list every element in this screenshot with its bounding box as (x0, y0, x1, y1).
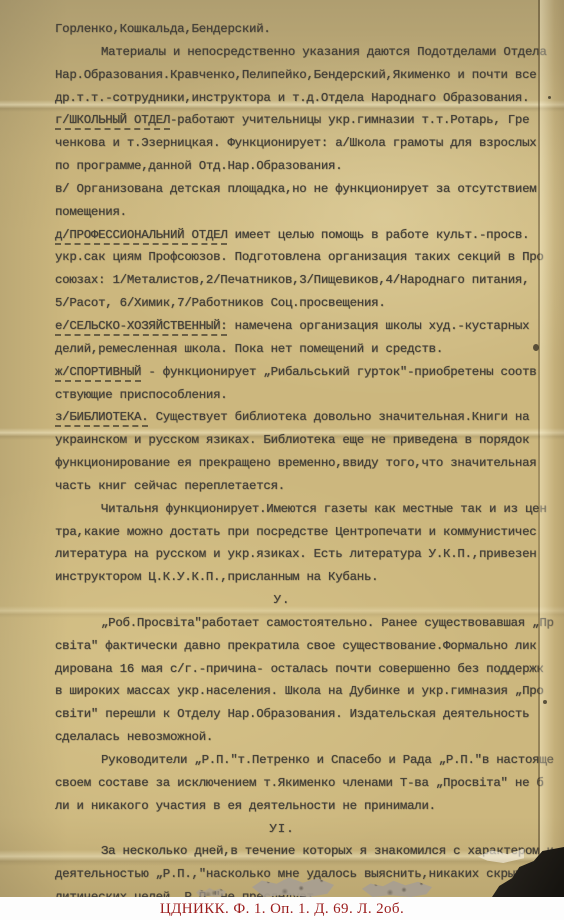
ink-speck (543, 700, 547, 704)
typewritten-line: Горленко,Кошкальда,Бендерский. (0, 18, 564, 41)
line-text: в/ Организована детская площадка,но не ф… (55, 182, 536, 196)
section-numeral: УІ. (0, 818, 564, 841)
line-text: намечена организация школы худ.-кустарны… (227, 319, 529, 333)
typewritten-line: дирована 16 мая с/г.-причина- осталась п… (0, 658, 564, 681)
line-text: часть книг сейчас переплетается. (55, 479, 285, 493)
line-text: світи" перешли к Отделу Нар.Образования.… (55, 707, 529, 721)
line-text: ли и никакого участия в ея деятельности … (55, 799, 436, 813)
archival-caption-strip: ЦДНИКК. Ф. 1. Оп. 1. Д. 69. Л. 2об. (0, 897, 564, 920)
line-text: дирована 16 мая с/г.-причина- осталась п… (55, 662, 544, 676)
line-text: У. (274, 593, 291, 607)
section-heading-underlined: г/ШКОЛЬНЫЙ ОТДЕЛ (55, 113, 170, 130)
typewritten-line: часть книг сейчас переплетается. (0, 475, 564, 498)
typewritten-line: д/ПРОФЕССИОНАЛЬНИЙ ОТДЕЛ имеет целью пом… (0, 224, 564, 247)
line-text: своем составе за исключением т.Якименко … (55, 776, 544, 790)
typewritten-line: ченкова и т.Эзерницкая. Функционирует: а… (0, 132, 564, 155)
typewritten-line: Читальня функционирует.Имеются газеты ка… (0, 498, 564, 521)
line-text: Нар.Образования.Кравченко,Пелипейко,Бенд… (55, 68, 536, 82)
typewritten-line: світи" перешли к Отделу Нар.Образования.… (0, 703, 564, 726)
line-text: „Роб.Просвіта"работает самостоятельно. Р… (101, 616, 554, 630)
line-text: украинском и русском язиках. Библиотека … (55, 433, 529, 447)
typewritten-line: За несколько дней,в течение которых я зн… (0, 840, 564, 863)
typewritten-line: инструктором Ц.К.У.К.П.,присланным на Ку… (0, 566, 564, 589)
line-text: тра,какие можно достать при посредстве Ц… (55, 525, 536, 539)
typewritten-line: тра,какие можно достать при посредстве Ц… (0, 521, 564, 544)
aged-paper-sheet: Горленко,Кошкальда,Бендерский.Материалы … (0, 0, 564, 897)
line-text: ченкова и т.Эзерницкая. Функционирует: а… (55, 136, 536, 150)
right-fold-strip (540, 0, 564, 897)
typewritten-line: Материалы и непосредственно указания даю… (0, 41, 564, 64)
line-text: укр.сак циям Профсоюзов. Подготовлена ор… (55, 250, 544, 264)
line-text: по программе,данной Отд.Нар.Образования. (55, 159, 342, 173)
section-heading-underlined: з/БИБЛИОТЕКА. (55, 410, 148, 427)
typewritten-line: Нар.Образования.Кравченко,Пелипейко,Бенд… (0, 64, 564, 87)
typewritten-line: сделалась невозможной. (0, 726, 564, 749)
typewritten-line: ж/СПОРТИВНЫЙ - функционирует „Рибальськи… (0, 361, 564, 384)
section-heading-underlined: д/ПРОФЕССИОНАЛЬНИЙ ОТДЕЛ (55, 228, 227, 245)
line-text: др.т.т.-сотрудники,инструктора и т.д.Отд… (55, 91, 529, 105)
typewritten-line: укр.сак циям Профсоюзов. Подготовлена ор… (0, 246, 564, 269)
line-text: в широких массах укр.населения. Школа на… (55, 684, 544, 698)
typewritten-line: своем составе за исключением т.Якименко … (0, 772, 564, 795)
typewritten-line: е/СЕЛЬСКО-ХОЗЯЙСТВЕННЫЙ: намечена органи… (0, 315, 564, 338)
typewritten-line: по программе,данной Отд.Нар.Образования. (0, 155, 564, 178)
line-text: ствующие приспособления. (55, 388, 227, 402)
typewritten-line: функционирование ея прекращено временно,… (0, 452, 564, 475)
line-text: Существует библиотека довольно значитель… (148, 410, 529, 424)
typewritten-line: союзах: 1/Металистов,2/Печатников,3/Пище… (0, 269, 564, 292)
ink-speck (533, 344, 539, 351)
section-heading-underlined: е/СЕЛЬСКО-ХОЗЯЙСТВЕННЫЙ: (55, 319, 227, 336)
line-text: Материалы и непосредственно указания даю… (101, 45, 547, 59)
scanned-document-page: Горленко,Кошкальда,Бендерский.Материалы … (0, 0, 564, 920)
typewritten-lines: Горленко,Кошкальда,Бендерский.Материалы … (0, 0, 564, 897)
right-fold-line (538, 0, 540, 897)
typewritten-line: ствующие приспособления. (0, 384, 564, 407)
section-numeral: У. (0, 589, 564, 612)
typewritten-line: г/ШКОЛЬНЫЙ ОТДЕЛ-работают учительницы ук… (0, 109, 564, 132)
line-text: инструктором Ц.К.У.К.П.,присланным на Ку… (55, 570, 378, 584)
line-text: делий,ремесленная школа. Пока нет помеще… (55, 342, 443, 356)
line-text: - функционирует „Рибальський гурток"-при… (141, 365, 536, 379)
line-text: литература на русском и укр.язиках. Есть… (55, 547, 536, 561)
typewritten-line: „Роб.Просвіта"работает самостоятельно. Р… (0, 612, 564, 635)
line-text: союзах: 1/Металистов,2/Печатников,3/Пище… (55, 273, 529, 287)
section-heading-underlined: ж/СПОРТИВНЫЙ (55, 365, 141, 382)
ink-speck (548, 96, 551, 99)
line-text: имеет целью помощь в работе культ.-просв… (227, 228, 529, 242)
typewritten-line: делий,ремесленная школа. Пока нет помеще… (0, 338, 564, 361)
line-text: Горленко,Кошкальда,Бендерский. (55, 22, 271, 36)
typewritten-line: Руководители „Р.П."т.Петренко и Спасебо … (0, 749, 564, 772)
typewritten-line: украинском и русском язиках. Библиотека … (0, 429, 564, 452)
typewritten-line: ли и никакого участия в ея деятельности … (0, 795, 564, 818)
archival-reference-caption: ЦДНИКК. Ф. 1. Оп. 1. Д. 69. Л. 2об. (160, 900, 404, 917)
typewritten-line: в/ Организована детская площадка,но не ф… (0, 178, 564, 201)
line-text: -работают учительницы укр.гимназии т.т.Р… (170, 113, 529, 127)
typewritten-line: 5/Расот, 6/Химик,7/Работников Соц.просве… (0, 292, 564, 315)
line-text: Руководители „Р.П."т.Петренко и Спасебо … (101, 753, 554, 767)
line-text: функционирование ея прекращено временно,… (55, 456, 536, 470)
line-text: світа" фактически давно прекратила свое … (55, 639, 536, 653)
line-text: УІ. (269, 822, 294, 836)
typewritten-line: світа" фактически давно прекратила свое … (0, 635, 564, 658)
line-text: Читальня функционирует.Имеются газеты ка… (101, 502, 547, 516)
line-text: 5/Расот, 6/Химик,7/Работников Соц.просве… (55, 296, 386, 310)
line-text: сделалась невозможной. (55, 730, 213, 744)
typewritten-line: з/БИБЛИОТЕКА. Существует библиотека дово… (0, 406, 564, 429)
typewritten-line: литература на русском и укр.язиках. Есть… (0, 543, 564, 566)
line-text: помещения. (55, 205, 127, 219)
typewritten-line: др.т.т.-сотрудники,инструктора и т.д.Отд… (0, 87, 564, 110)
typewritten-line: в широких массах укр.населения. Школа на… (0, 680, 564, 703)
typewritten-line: помещения. (0, 201, 564, 224)
